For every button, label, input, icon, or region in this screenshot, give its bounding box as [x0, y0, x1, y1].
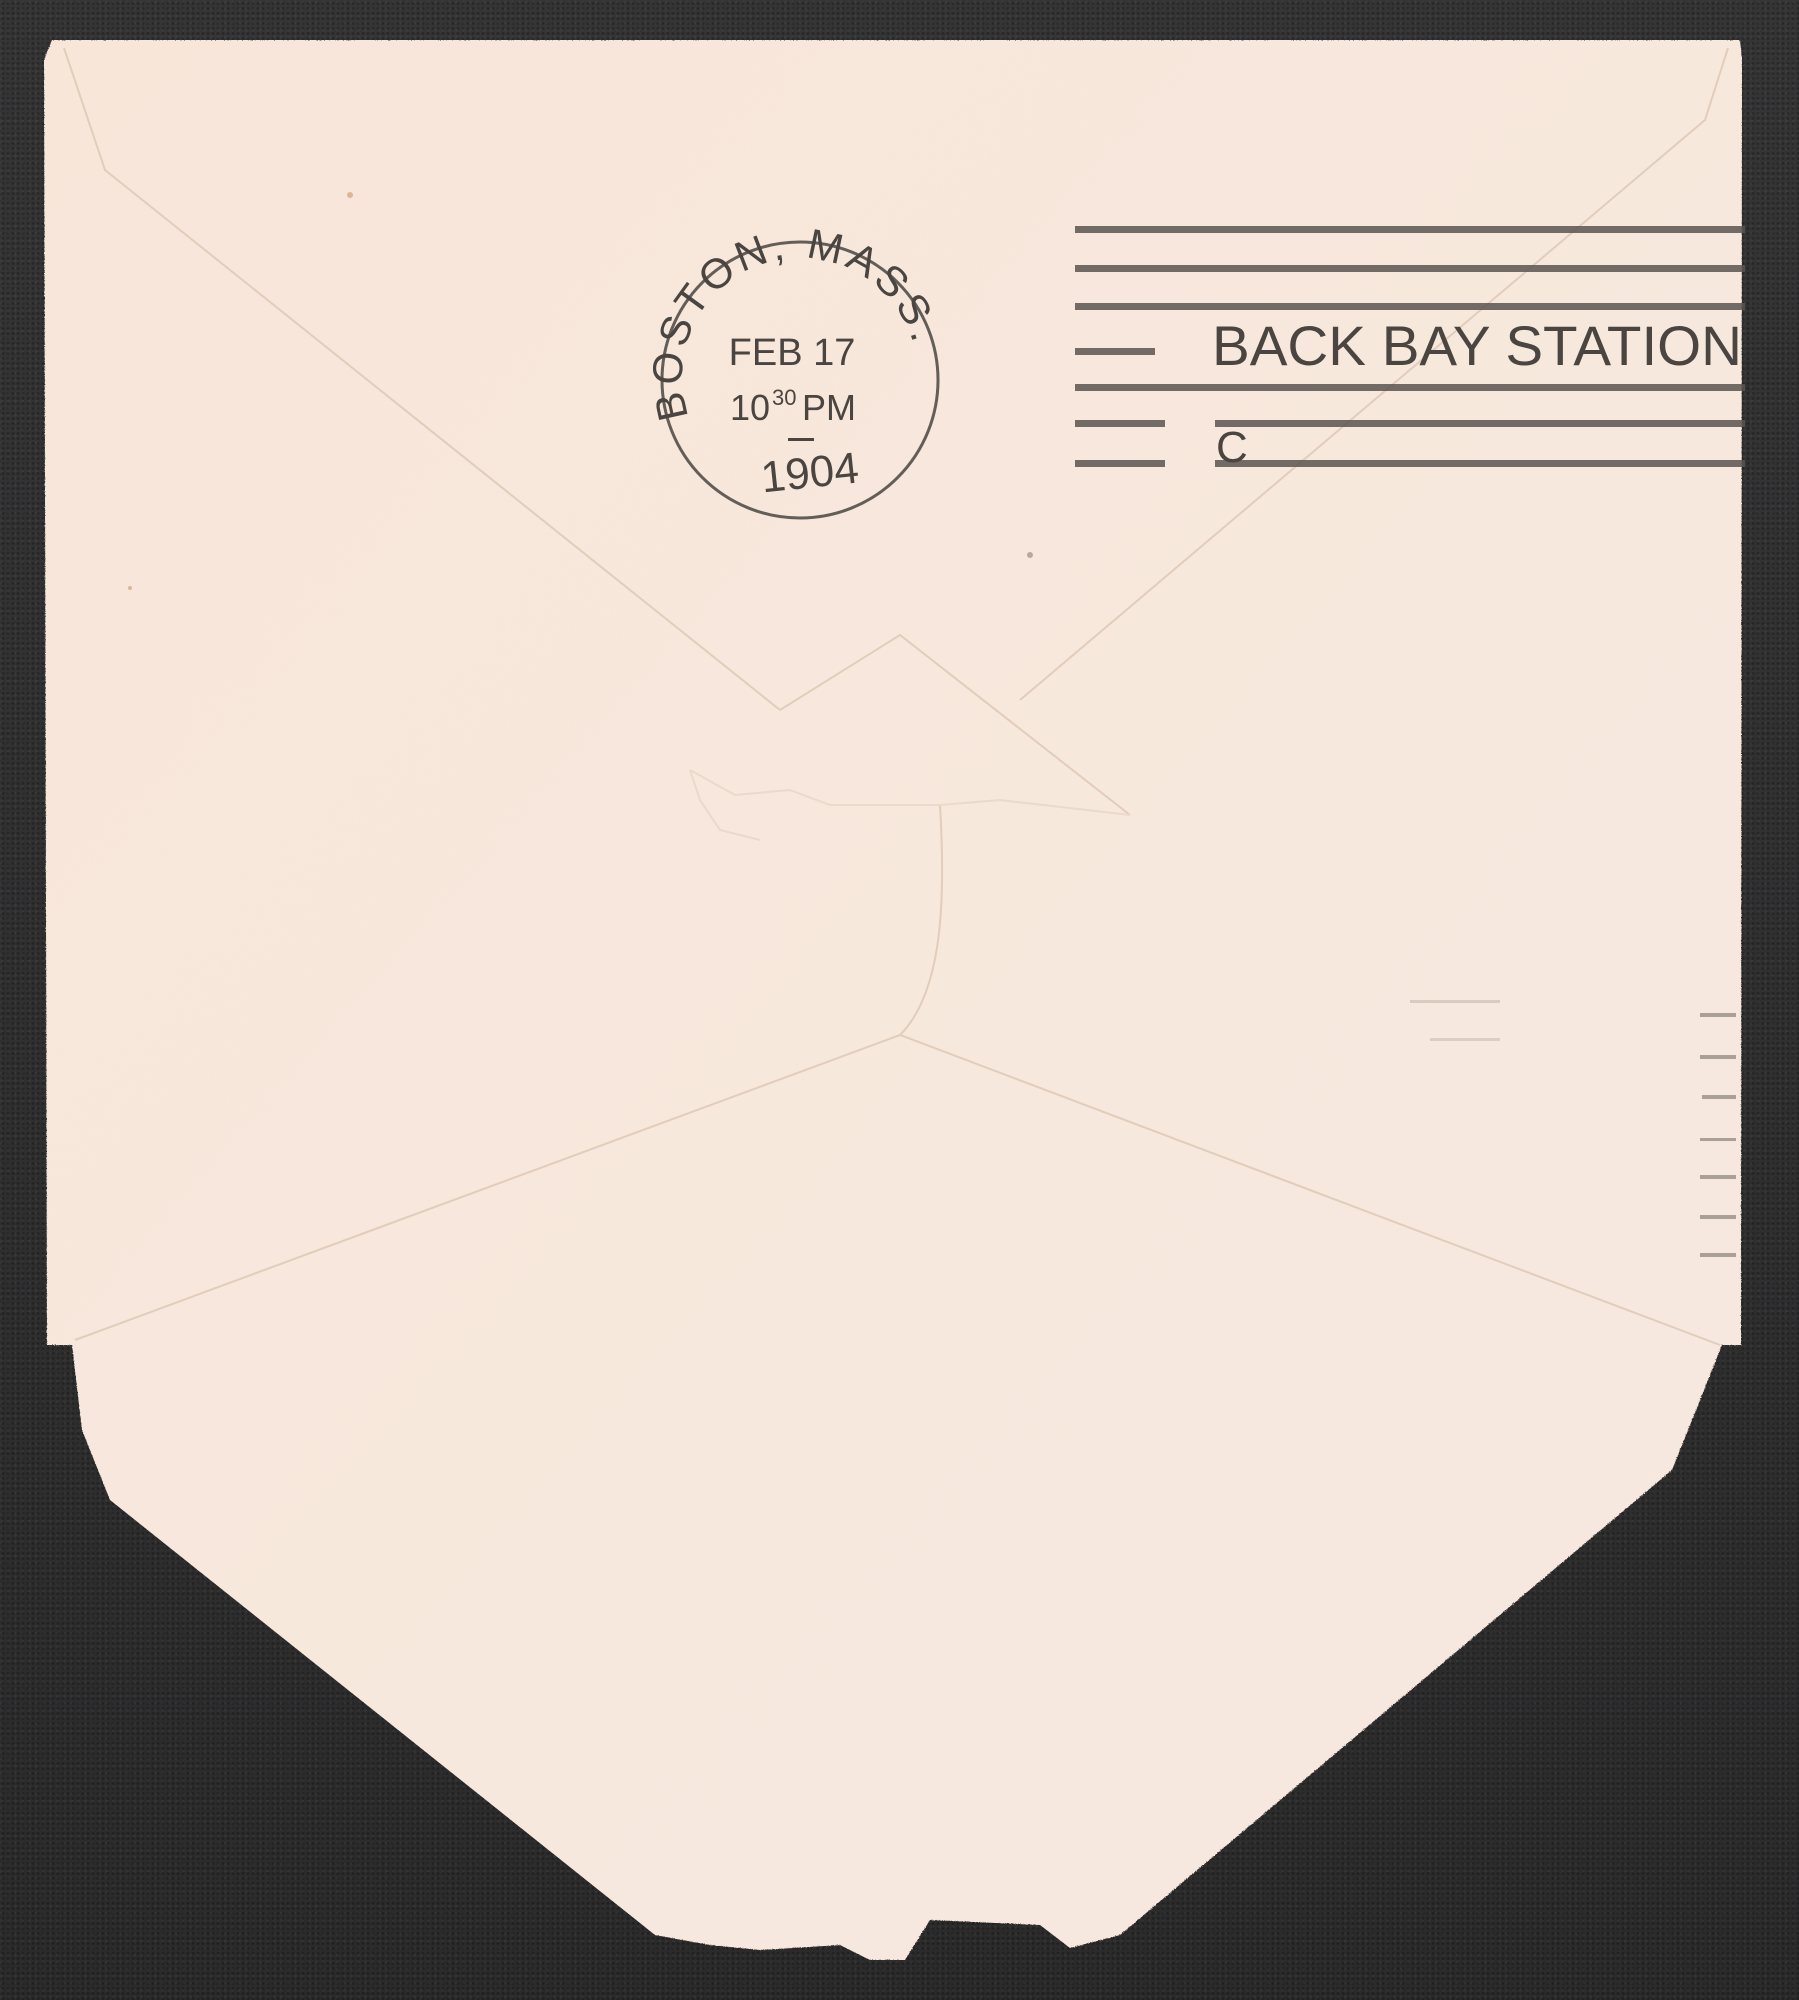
postmark-year: 1904 — [759, 444, 861, 503]
svg-text:30: 30 — [772, 385, 796, 410]
svg-text:PM: PM — [802, 387, 856, 428]
postmark-date: FEB 17 — [729, 332, 856, 374]
cancellation-station: BACK BAY STATION — [1212, 314, 1742, 377]
svg-text:10: 10 — [730, 387, 770, 428]
cancellation-letter: C — [1216, 423, 1248, 472]
envelope: BOSTON, MASS. FEB 17 10 30 PM 1904 BACK … — [0, 0, 1799, 2000]
